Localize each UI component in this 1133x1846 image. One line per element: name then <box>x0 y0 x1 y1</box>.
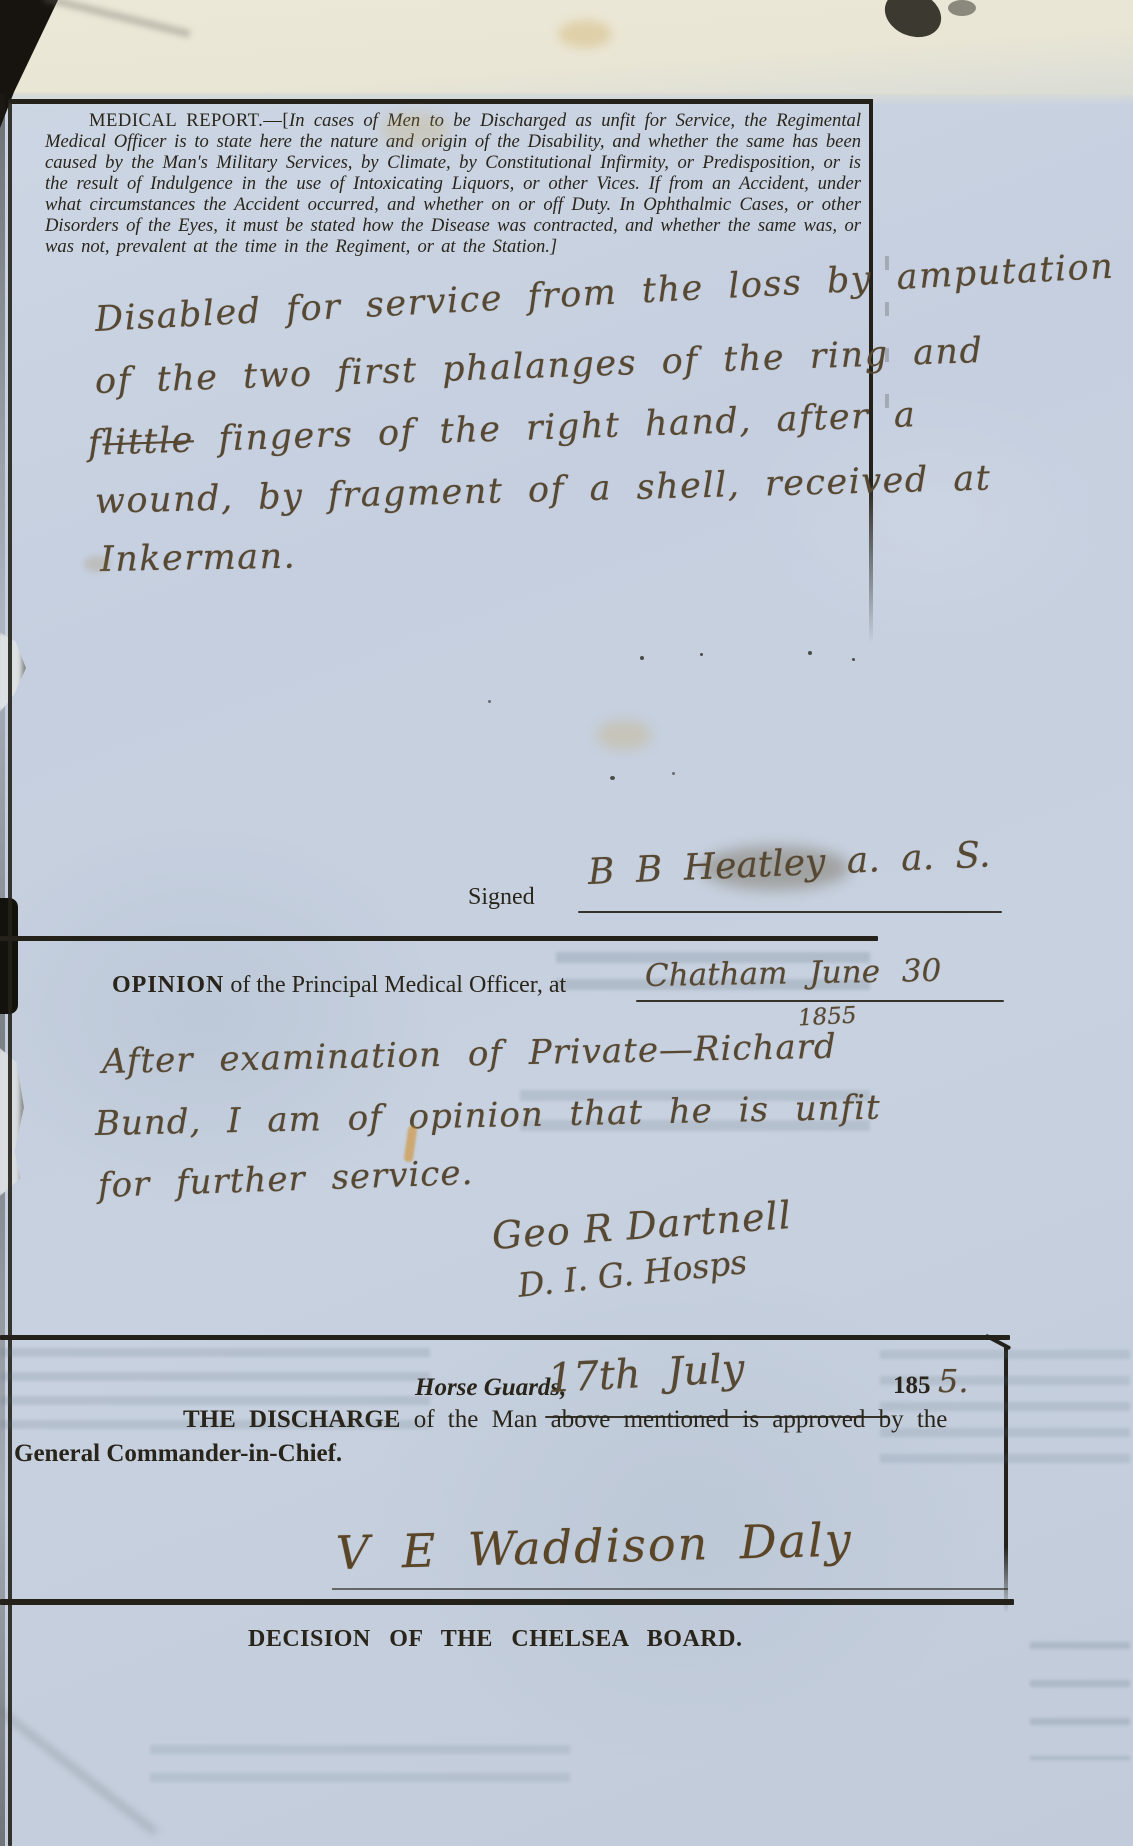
opinion-heading-title: OPINION <box>112 972 224 998</box>
discharge-date: 17th July <box>547 1346 746 1402</box>
opinion-place-underline <box>636 1000 1004 1002</box>
torn-edge-top-right-small <box>948 0 976 16</box>
ink-dot-6 <box>610 776 615 780</box>
medical-report-line-4: wound, by fragment of a shell, received … <box>94 459 991 522</box>
ghost-bleed-5 <box>1030 1642 1130 1760</box>
medical-report-line-3: flittle fingers of the right hand, after… <box>87 395 917 464</box>
document-page: MEDICAL REPORT.—[In cases of Men to be D… <box>0 0 1133 1846</box>
opinion-heading: OPINION of the Principal Medical Officer… <box>112 972 566 999</box>
opinion-line-3: for further service. <box>97 1153 474 1206</box>
medical-report-line-3-rest: fingers of the right hand, after a <box>218 395 917 459</box>
commander-signature: V E Waddison Daly <box>335 1512 853 1580</box>
header-paragraph: MEDICAL REPORT.—[In cases of Men to be D… <box>45 110 861 257</box>
header-title: MEDICAL REPORT.—[ <box>89 110 289 131</box>
discharge-year-hand: 5. <box>938 1362 969 1400</box>
opinion-place-date: Chatham June 30 <box>645 953 942 994</box>
medical-report-line-5: Inkerman. <box>100 537 297 580</box>
discharge-approval-line-2: General Commander-in-Chief. <box>14 1440 342 1468</box>
discharge-approval-title: THE DISCHARGE <box>183 1406 400 1433</box>
pmo-signature: Geo R Dartnell <box>490 1193 793 1258</box>
chelsea-board-heading: DECISION OF THE CHELSEA BOARD. <box>248 1626 742 1653</box>
stain-header <box>380 112 450 146</box>
frame-top-rule <box>10 99 872 104</box>
opinion-line-1: After examination of Private—Richard <box>102 1027 837 1082</box>
stain-left-small <box>84 556 110 572</box>
frame-left-rule <box>8 99 12 1846</box>
ink-dot-2 <box>700 653 703 656</box>
horse-guards-label: Horse Guards, <box>415 1374 566 1402</box>
stain-mid <box>596 720 652 750</box>
medical-report-line-2: of the two first phalanges of the ring a… <box>94 331 984 402</box>
header-body: In cases of Men to be Discharged as unfi… <box>45 110 861 257</box>
signed-label: Signed <box>468 884 535 911</box>
discharge-year-printed: 185 <box>893 1372 931 1400</box>
ink-dot-3 <box>808 651 812 655</box>
left-edge-tear-low <box>0 1048 24 1196</box>
left-edge-tear-mid <box>0 632 26 712</box>
opinion-heading-rest: of the Principal Medical Officer, at <box>224 972 566 998</box>
signed-underline <box>578 911 1002 913</box>
discharge-approval-line-1: THE DISCHARGE of the Man above mentioned… <box>183 1406 947 1434</box>
ink-dot-1 <box>640 656 644 660</box>
stain-top-cream <box>558 20 612 48</box>
ink-dot-7 <box>672 772 675 775</box>
ink-dot-4 <box>852 658 855 661</box>
crease-bottom-left <box>0 1701 157 1835</box>
ghost-bleed-6 <box>150 1745 570 1789</box>
ink-dot-5 <box>488 700 491 703</box>
medical-report-line-3-struck: little <box>102 420 195 463</box>
medical-report-line-1: Disabled for service from the loss by am… <box>94 247 1115 340</box>
section-divider-horse-guards <box>0 1335 1010 1340</box>
section-divider-opinion <box>0 936 878 941</box>
commander-signature-underline <box>332 1588 1008 1590</box>
section-divider-chelsea <box>0 1599 1014 1605</box>
medical-officer-signature: B B Heatley a. a. S. <box>587 834 991 893</box>
discharge-approval-rest: of the Man above mentioned is approved b… <box>400 1406 947 1433</box>
